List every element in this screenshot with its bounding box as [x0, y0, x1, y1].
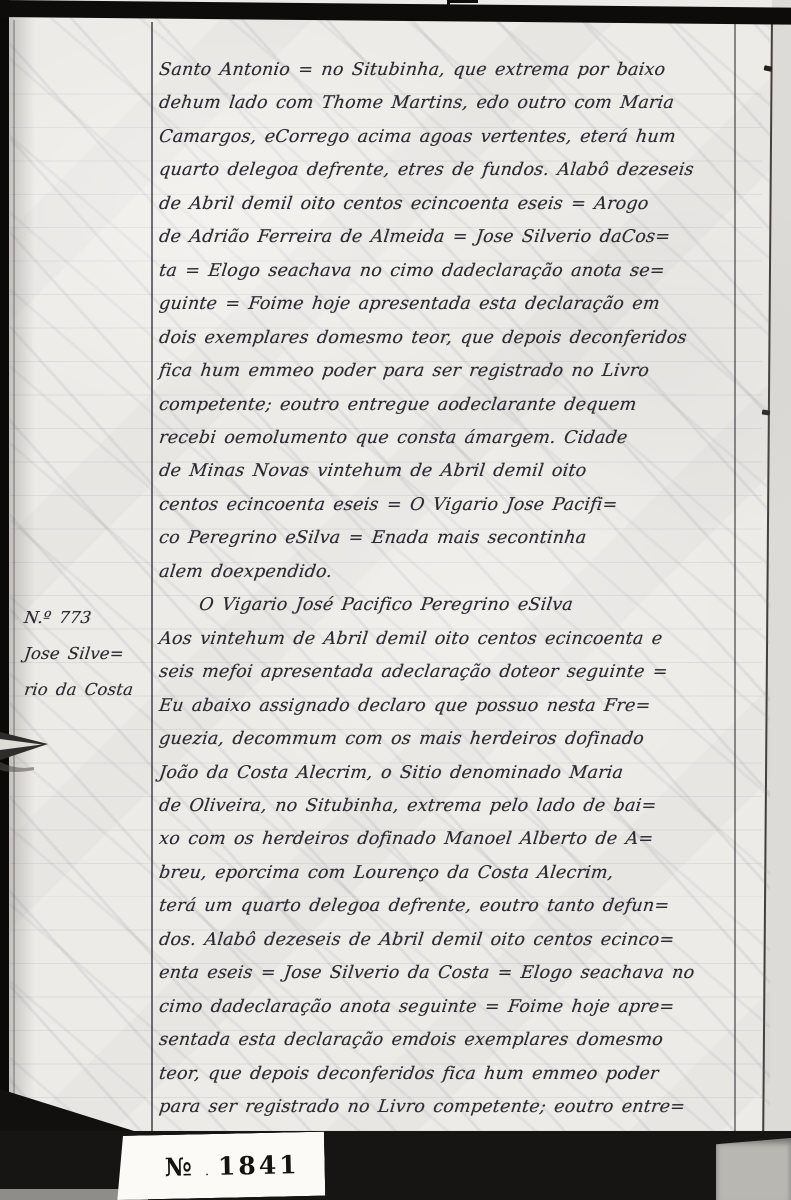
- manuscript-line: dos. Alabô dezeseis de Abril demil oito …: [157, 924, 745, 957]
- manuscript-line: de Oliveira, no Situbinha, extrema pelo …: [157, 790, 745, 823]
- manuscript-line: dois exemplares domesmo teor, que depois…: [157, 322, 745, 355]
- edge-tick-mark: [764, 65, 773, 72]
- manuscript-line: de Minas Novas vintehum de Abril demil o…: [157, 455, 745, 488]
- margin-annotation: N.º 773 Jose Silve= rio da Costa: [22, 600, 154, 708]
- manuscript-line: guinte = Foime hoje apresentada esta dec…: [157, 288, 745, 321]
- manuscript-line: dehum lado com Thome Martins, edo outro …: [157, 87, 745, 120]
- manuscript-line: Camargos, eCorrego acima agoas vertentes…: [157, 121, 745, 154]
- manuscript-line: co Peregrino eSilva = Enada mais seconti…: [157, 522, 745, 555]
- manuscript-line: alem doexpendido.: [157, 556, 745, 589]
- catalog-number-label: № . 1841: [116, 1132, 325, 1200]
- manuscript-line: teor, que depois deconferidos fica hum e…: [157, 1058, 745, 1091]
- manuscript-line: O Vigario José Pacifico Peregrino eSilva: [157, 589, 745, 622]
- scan-top-border: [0, 0, 791, 25]
- declarant-name-line: rio da Costa: [22, 672, 158, 708]
- margin-rule-line: [151, 22, 153, 1132]
- manuscript-line: quarto delegoa defrente, etres de fundos…: [157, 154, 745, 187]
- record-number: N.º 773: [22, 600, 158, 636]
- scan-bottom-right-area: [716, 1138, 791, 1200]
- manuscript-line: João da Costa Alecrim, o Sitio denominad…: [157, 757, 745, 790]
- scan-top-border-tab: [735, 13, 777, 24]
- manuscript-line: competente; eoutro entregue aodeclarante…: [157, 389, 745, 422]
- manuscript-line: xo com os herdeiros dofinado Manoel Albe…: [157, 823, 745, 856]
- manuscript-line: sentada esta declaração emdois exemplare…: [157, 1024, 745, 1057]
- separator-dot: .: [205, 1164, 209, 1179]
- scan-top-notch: [447, 0, 478, 3]
- manuscript-line: Eu abaixo assignado declaro que possuo n…: [157, 690, 745, 723]
- manuscript-line: de Adrião Ferreira de Almeida = Jose Sil…: [157, 221, 745, 254]
- catalog-number: 1841: [218, 1150, 300, 1181]
- manuscript-line: ta = Elogo seachava no cimo dadeclaração…: [157, 255, 745, 288]
- manuscript-paragraph-1: Santo Antonio = no Situbinha, que extrem…: [157, 54, 741, 589]
- manuscript-line: para ser registrado no Livro competente;…: [157, 1091, 745, 1124]
- manuscript-line: centos ecincoenta eseis = O Vigario Jose…: [157, 489, 745, 522]
- manuscript-line: de Abril demil oito centos ecincoenta es…: [157, 188, 745, 221]
- manuscript-line: cimo dadeclaração anota seguinte = Foime…: [157, 991, 745, 1024]
- numero-sign: №: [164, 1152, 192, 1182]
- binding-gutter-line: [13, 20, 15, 1130]
- scanned-register-page: N.º 773 Jose Silve= rio da Costa Santo A…: [0, 0, 791, 1200]
- manuscript-line: recebi oemolumento que consta ámargem. C…: [157, 422, 745, 455]
- manuscript-line: breu, eporcima com Lourenço da Costa Ale…: [157, 857, 745, 890]
- manuscript-text: Santo Antonio = no Situbinha, que extrem…: [157, 54, 741, 1125]
- declarant-name-line: Jose Silve=: [22, 636, 158, 672]
- book-clasp-icon: [0, 729, 52, 777]
- manuscript-line: seis mefoi apresentada adeclaração doteo…: [157, 656, 745, 689]
- manuscript-line: fica hum emmeo poder para ser registrado…: [157, 355, 745, 388]
- manuscript-line: Aos vintehum de Abril demil oito centos …: [157, 623, 745, 656]
- manuscript-line: enta eseis = Jose Silverio da Costa = El…: [157, 957, 745, 990]
- scan-left-border: [0, 0, 9, 1133]
- edge-tick-mark: [762, 409, 771, 415]
- manuscript-line: Santo Antonio = no Situbinha, que extrem…: [157, 54, 745, 87]
- manuscript-line: guezia, decommum com os mais herdeiros d…: [157, 723, 745, 756]
- manuscript-line: terá um quarto delegoa defrente, eoutro …: [157, 890, 745, 923]
- manuscript-paragraph-2: O Vigario José Pacifico Peregrino eSilva…: [157, 589, 741, 1124]
